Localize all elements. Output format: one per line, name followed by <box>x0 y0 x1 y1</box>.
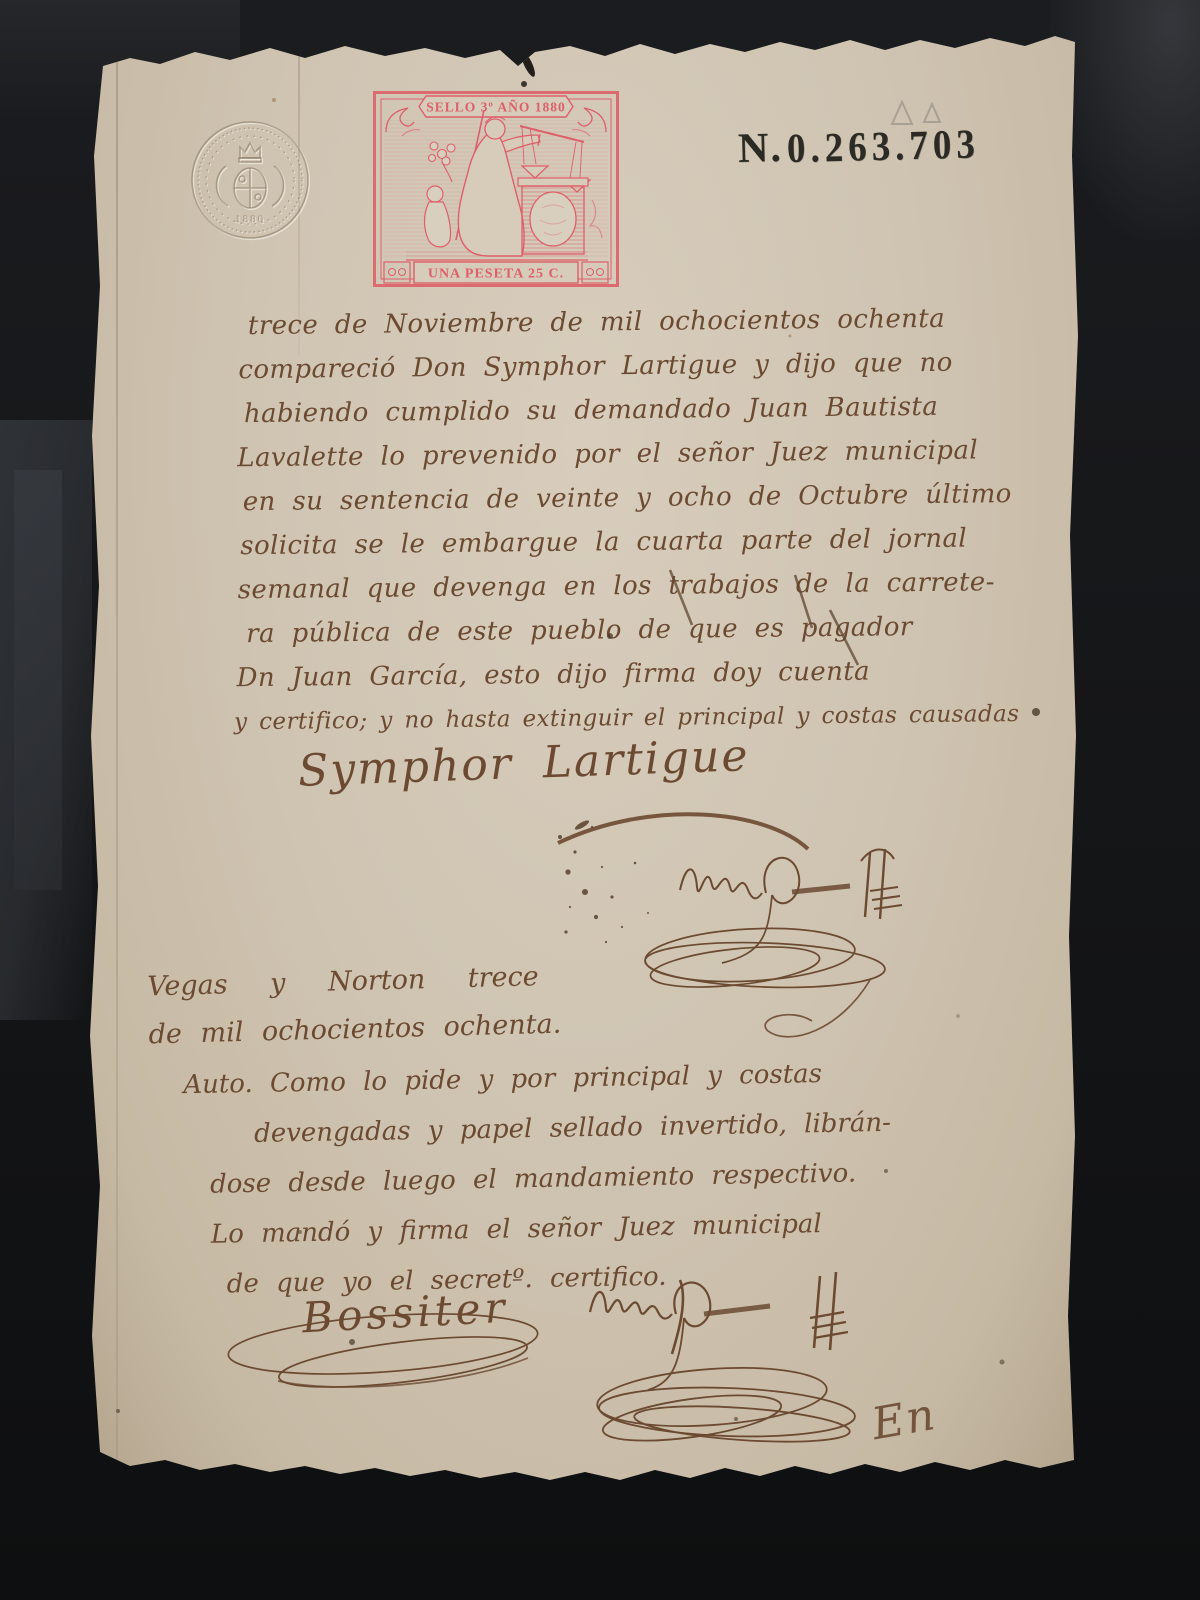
backdrop-shade-left-inner <box>14 470 62 890</box>
correction-slashes <box>670 570 858 665</box>
photo-backdrop: 1880 <box>0 0 1200 1600</box>
document-paper: 1880 <box>90 36 1080 1486</box>
paper-blemishes <box>90 36 1080 1486</box>
